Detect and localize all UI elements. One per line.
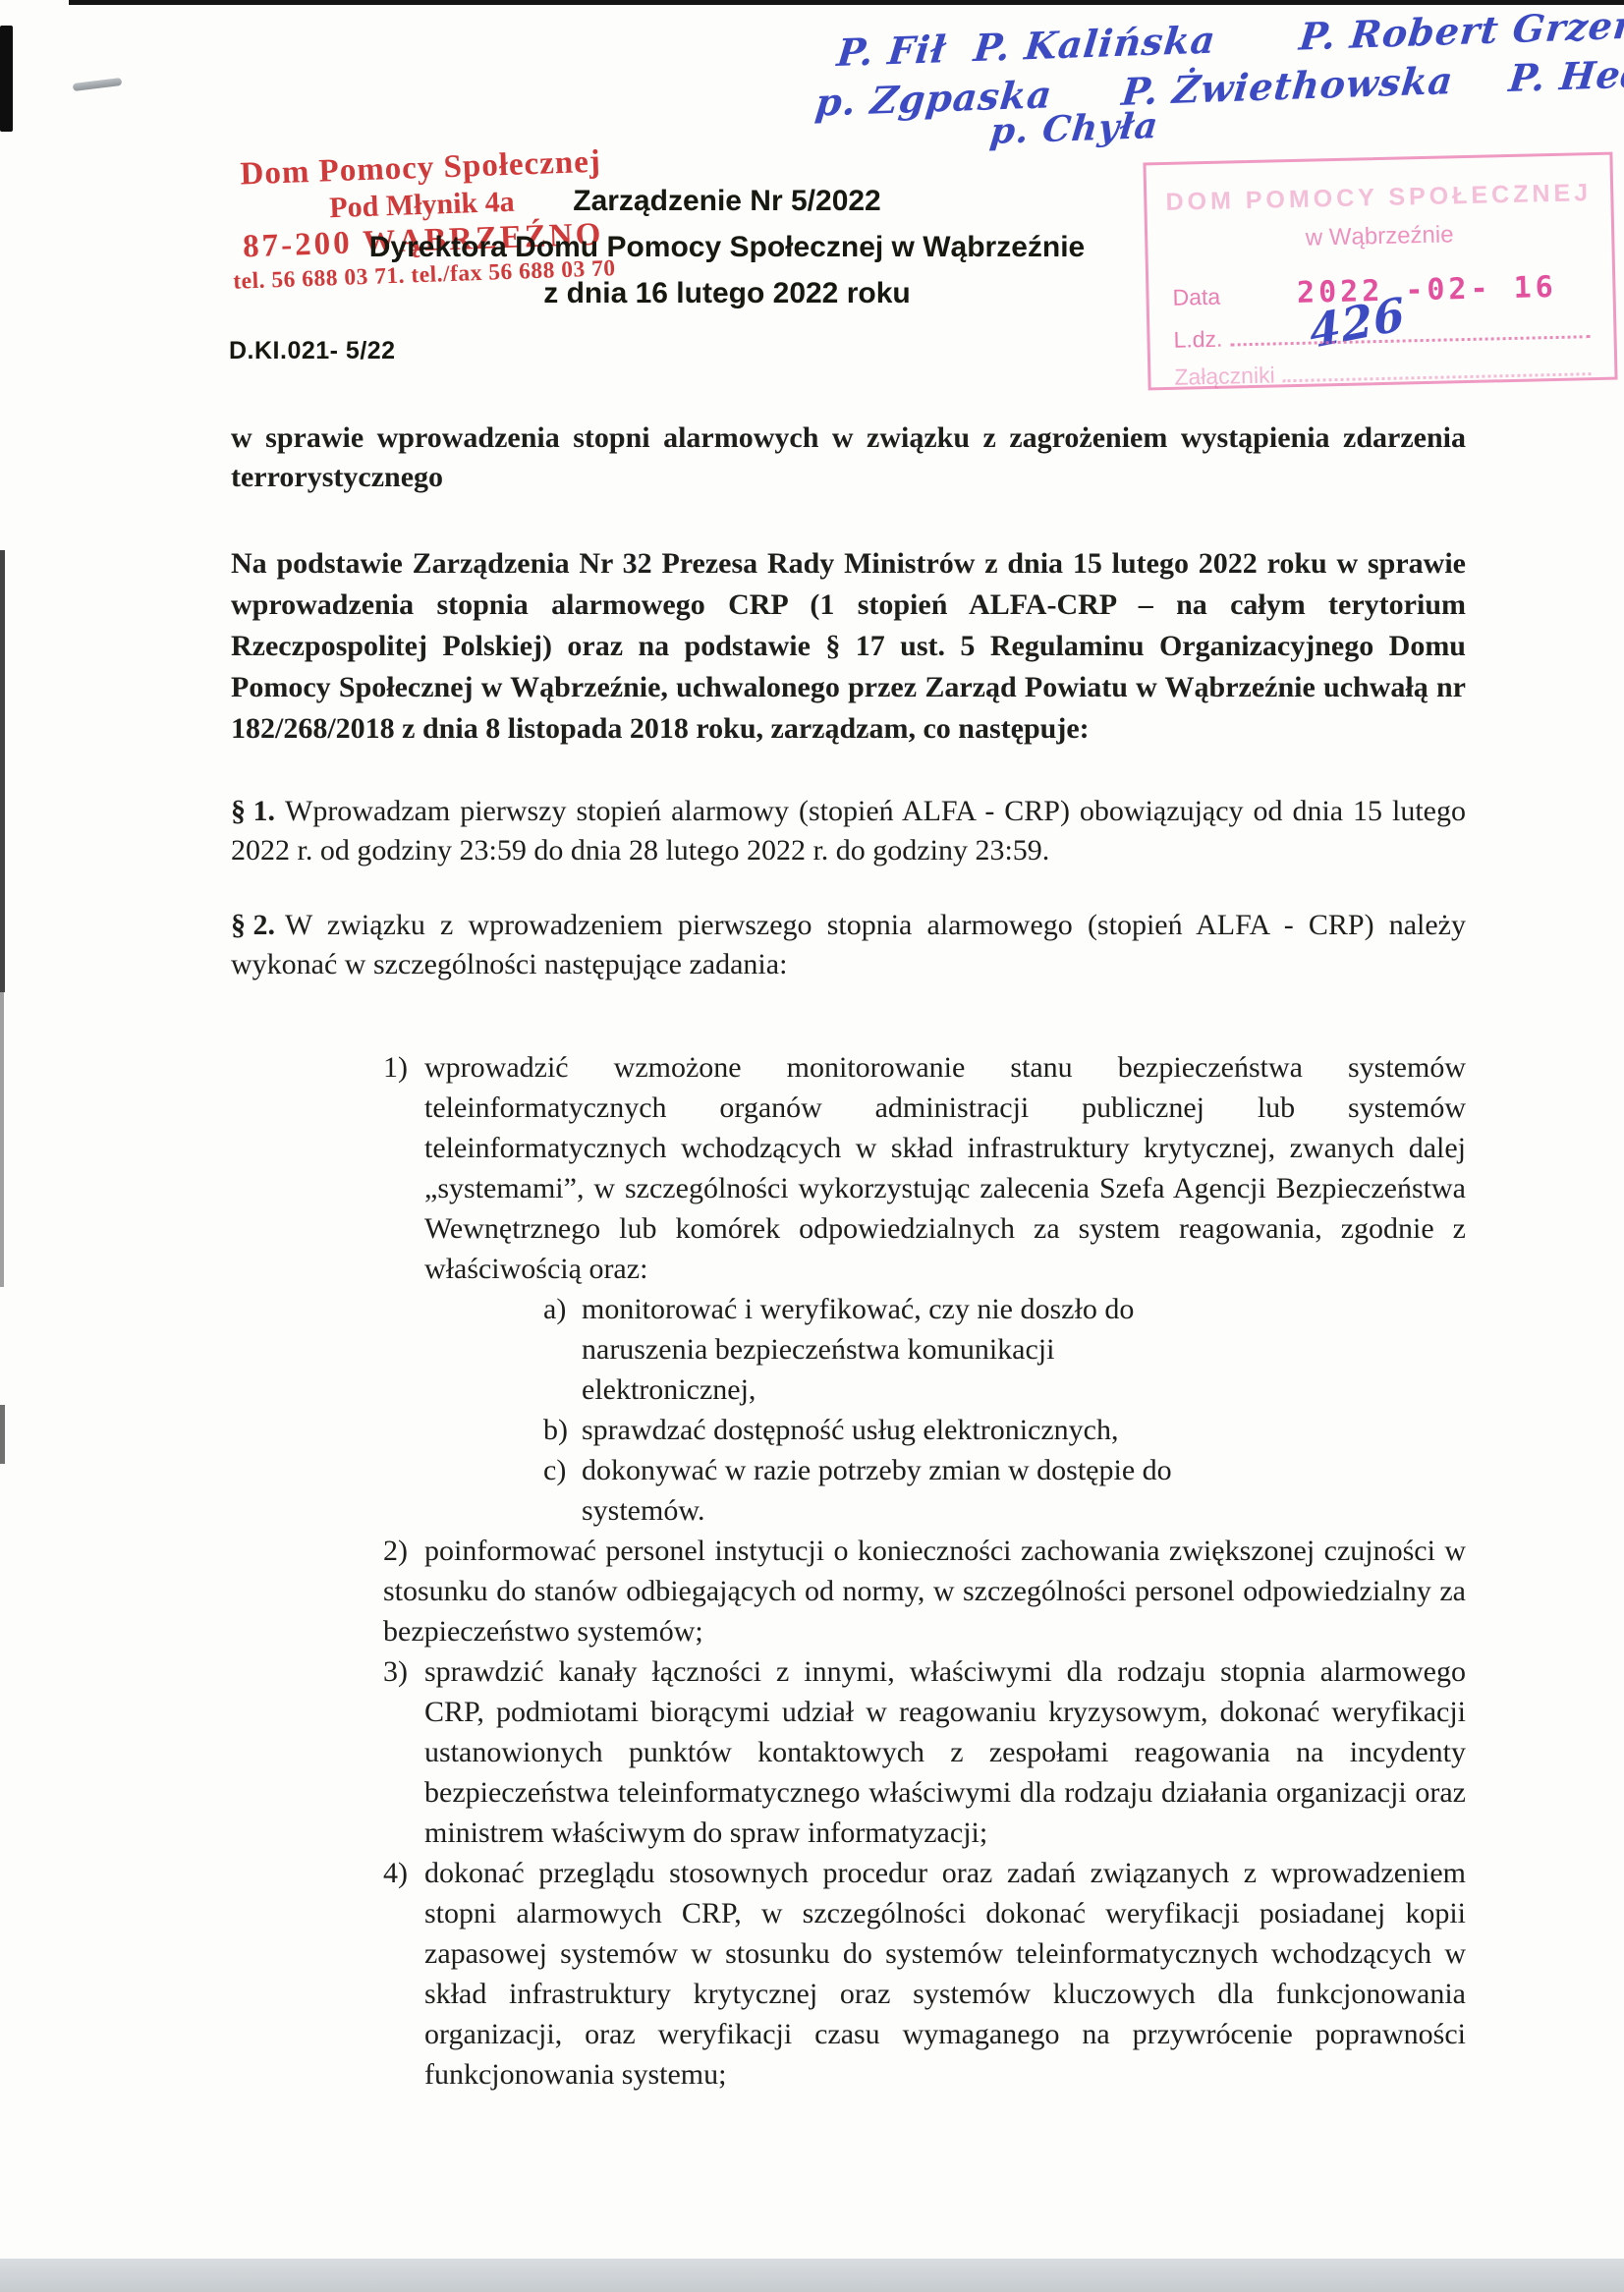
scan-left-edge-artifact (0, 26, 13, 132)
task-4-text: dokonać przeglądu stosownych procedur or… (424, 1857, 1466, 2091)
dotted-line (1282, 355, 1591, 382)
paragraph-1-text: Wprowadzam pierwszy stopień alarmowy (st… (231, 795, 1466, 866)
task-1-marker: 1) (383, 1047, 424, 1088)
paragraph-1: § 1.Wprowadzam pierwszy stopień alarmowy… (231, 792, 1466, 870)
title-ordinance-number: Zarządzenie Nr 5/2022 (285, 183, 1169, 220)
task-3-text: sprawdzić kanały łączności z innymi, wła… (424, 1655, 1466, 1849)
title-issuer: Dyrektora Domu Pomocy Społecznej w Wąbrz… (285, 229, 1169, 266)
task-item-4: 4)dokonać przeglądu stosownych procedur … (383, 1853, 1466, 2095)
subitem-c: c)dokonywać w razie potrzeby zmian w dos… (543, 1450, 1221, 1531)
document-title: Zarządzenie Nr 5/2022 Dyrektora Domu Pom… (285, 183, 1169, 321)
subject-paragraph: w sprawie wprowadzenia stopni alarmowych… (231, 419, 1466, 497)
scan-mark-artifact (73, 78, 123, 91)
registry-stamp-org-city: w Wąbrzeźnie (1148, 218, 1612, 256)
registry-stamp: DOM POMOCY SPOŁECZNEJ w Wąbrzeźnie Data … (1143, 152, 1617, 391)
title-date: z dnia 16 lutego 2022 roku (285, 275, 1169, 312)
task-1-subitems: a)monitorować i weryfikować, czy nie dos… (543, 1289, 1221, 1531)
paragraph-2-text: W związku z wprowadzeniem pierwszego sto… (231, 909, 1466, 980)
task-4-marker: 4) (383, 1853, 424, 1893)
task-item-2: 2)poinformować personel instytucji o kon… (383, 1531, 1466, 1651)
registry-ldz-label: L.dz. (1173, 326, 1222, 354)
task-item-1: 1)wprowadzić wzmożone monitorowanie stan… (383, 1047, 1466, 1531)
subitem-b: b)sprawdzać dostępność usług elektronicz… (543, 1410, 1221, 1450)
paragraph-2: § 2.W związku z wprowadzeniem pierwszego… (231, 906, 1466, 984)
task-list: 1)wprowadzić wzmożone monitorowanie stan… (383, 1047, 1466, 2095)
scan-left-edge-artifact (0, 1405, 5, 1464)
subitem-a: a)monitorować i weryfikować, czy nie dos… (543, 1289, 1221, 1410)
registry-attachments-label: Załączniki (1174, 362, 1275, 390)
registry-stamp-org-name: DOM POMOCY SPOŁECZNEJ (1147, 179, 1611, 218)
scan-left-edge-artifact (0, 992, 4, 1287)
task-3-marker: 3) (383, 1651, 424, 1692)
subitem-a-marker: a) (543, 1289, 582, 1329)
paragraph-1-marker: § 1. (231, 792, 275, 831)
subitem-c-text: dokonywać w razie potrzeby zmian w dostę… (582, 1454, 1172, 1527)
reference-number: D.KI.021- 5/22 (229, 337, 396, 365)
registry-date-label: Data (1172, 284, 1220, 311)
task-item-3: 3)sprawdzić kanały łączności z innymi, w… (383, 1651, 1466, 1853)
subitem-b-marker: b) (543, 1410, 582, 1450)
task-2-marker: 2) (383, 1531, 424, 1571)
task-2-text: poinformować personel instytucji o konie… (383, 1535, 1466, 1648)
subitem-a-text: monitorować i weryfikować, czy nie doszł… (582, 1293, 1134, 1406)
legal-basis-paragraph: Na podstawie Zarządzenia Nr 32 Prezesa R… (231, 543, 1466, 750)
subitem-b-text: sprawdzać dostępność usług elektroniczny… (582, 1414, 1119, 1446)
scan-top-edge-artifact (69, 0, 1624, 5)
handwritten-note-line3: p. Chyła (988, 105, 1161, 152)
registry-stamp-attachments-row: Załączniki (1174, 355, 1592, 391)
paragraph-2-marker: § 2. (231, 906, 275, 945)
scan-bottom-band-artifact (0, 2259, 1624, 2292)
subitem-c-marker: c) (543, 1450, 582, 1490)
task-1-text: wprowadzić wzmożone monitorowanie stanu … (424, 1051, 1466, 1285)
dotted-line (1230, 317, 1591, 346)
scan-left-edge-artifact (0, 550, 5, 992)
registry-stamp-ldz-row: L.dz. (1173, 317, 1591, 354)
